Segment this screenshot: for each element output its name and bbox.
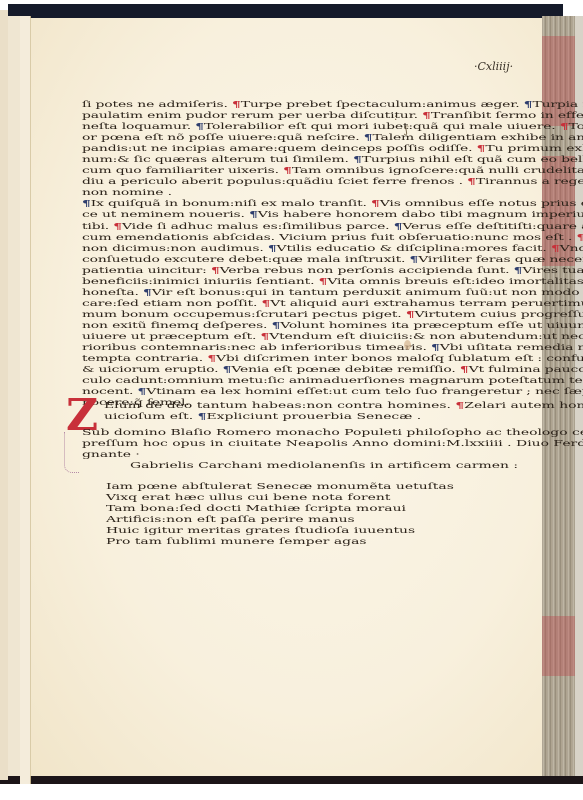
rubric-paragraph-mark: ¶	[410, 255, 419, 265]
text-line: ¶Ix quiſquã in bonum:niſi ex malo tranſi…	[82, 199, 506, 210]
text-line: cum quo familiariter uixeris. ¶Tam omnib…	[82, 166, 506, 177]
text-line: non exitũ finemq deſperes. ¶Volunt homin…	[82, 321, 506, 332]
rubric-paragraph-mark: ¶	[422, 111, 431, 121]
poem-line: Iam pœne abſtulerat Senecæ monumẽta uetu…	[106, 482, 454, 493]
rubric-paragraph-mark: ¶	[394, 222, 403, 232]
rubric-paragraph-mark: ¶	[467, 177, 476, 187]
rubric-paragraph-mark: ¶	[261, 299, 270, 309]
text-line: non dicimus:non audimus. ¶Vtilis educati…	[82, 244, 506, 255]
text-line: nocent. ¶Vtinam ea lex homini eſſet:ut c…	[82, 387, 506, 398]
rubric-paragraph-mark: ¶	[477, 144, 486, 154]
poem-line: Vixq erat hæc ullus cui bene nota forent	[106, 493, 454, 504]
text-line: ce ut neminem noueris. ¶Vis habere honor…	[82, 210, 506, 221]
text-line: or pœna eſt nõ poſſe uiuere:quã neſcire.…	[82, 133, 506, 144]
paper-stain	[404, 340, 411, 350]
text-line: ſi potes ne admiſeris. ¶Turpe prebet ſpe…	[82, 100, 506, 111]
rubric-paragraph-mark: ¶	[560, 122, 569, 132]
text-line: uicioſum eſt. ¶Expliciunt prouerbia Sene…	[104, 412, 421, 423]
rubric-paragraph-mark: ¶	[551, 244, 560, 254]
rubric-paragraph-mark: ¶	[364, 133, 373, 143]
text-line: paulatim enim pudor rerum per uerba diſc…	[82, 111, 506, 122]
text-line: culo cadunt:omnium metu:ſic animaduerſio…	[82, 376, 506, 387]
text-line: non nomine .	[82, 188, 506, 199]
rubric-paragraph-mark: ¶	[232, 100, 241, 110]
rubric-paragraph-mark: ¶	[143, 288, 152, 298]
rubric-paragraph-mark: ¶	[82, 199, 91, 209]
poem-line: Pro tam ſublimi munere ſemper agas	[106, 537, 454, 548]
initial-flourish-decoration	[64, 432, 79, 473]
folio-number: ·Cxliiij·	[474, 60, 513, 73]
rubric-paragraph-mark: ¶	[514, 266, 523, 276]
rubric-paragraph-mark: ¶	[268, 244, 277, 254]
rubric-paragraph-mark: ¶	[138, 387, 147, 397]
scan-bottom-margin	[0, 784, 583, 800]
text-line: tempta contraria. ¶Vbi diſcrimen inter b…	[82, 354, 506, 365]
poem-line: Tam bona:ſed docti Mathiæ ſcripta moraui	[106, 504, 454, 515]
rubric-paragraph-mark: ¶	[460, 365, 469, 375]
marginal-annotation-mark: ʃ	[405, 125, 408, 136]
colophon-line: preſſum hoc opus in ciuitate Neapolis An…	[82, 439, 583, 450]
poem-line: Artificis:non eſt paſſa perire manus	[106, 515, 454, 526]
red-edge-stain	[542, 616, 575, 676]
poem: Iam pœne abſtulerat Senecæ monumẽta uetu…	[106, 482, 321, 548]
rubric-paragraph-mark: ¶	[113, 222, 122, 232]
poem-line: Huic igitur meritas grates ſtudioſa iuue…	[106, 526, 454, 537]
text-line: diu a periculo aberit populus:quãdiu ſci…	[82, 177, 506, 188]
text-line: patientia uincitur: ¶Verba rebus non per…	[82, 266, 506, 277]
text-line: conſuetudo excutere debet:quæ mala inſtr…	[82, 255, 506, 266]
rubric-paragraph-mark: ¶	[211, 266, 220, 276]
rubric-paragraph-mark: ¶	[261, 332, 270, 342]
rubric-paragraph-mark: ¶	[272, 321, 281, 331]
text-line: cum emendationis abſcidas. Vicium prius …	[82, 233, 506, 244]
text-line: mum bonum occupemus:ſcrutari pectus pige…	[82, 310, 506, 321]
poem-heading: Gabrielis Carchani mediolanenſis in arti…	[130, 461, 518, 472]
text-line: uiuere ut præceptum eſt. ¶Vtendum eſt di…	[82, 332, 506, 343]
rubric-paragraph-mark: ¶	[406, 310, 415, 320]
rubric-paragraph-mark: ¶	[353, 155, 362, 165]
colophon-line: Sub domino Blaſio Romero monacho Populet…	[82, 428, 583, 439]
text-line: neſta loquamur. ¶Tolerabilior eſt qui mo…	[82, 122, 506, 133]
rubric-paragraph-mark: ¶	[198, 412, 207, 422]
text-line: honeſta. ¶Vir eſt bonus:qui in tantum pe…	[82, 288, 506, 299]
rubric-paragraph-mark: ¶	[431, 343, 440, 353]
marginal-annotation-mark: :	[394, 112, 397, 123]
rubric-paragraph-mark: ¶	[195, 122, 204, 132]
rubric-paragraph-mark: ¶	[223, 365, 232, 375]
rubric-paragraph-mark: ¶	[207, 354, 216, 364]
rubric-paragraph-mark: ¶	[283, 166, 292, 176]
text-line: num:& ſic quæras alterum tui ſimilem. ¶T…	[82, 155, 506, 166]
text-line: care:ſed etiam non poſſit. ¶Vt aliquid a…	[82, 299, 506, 310]
rubric-paragraph-mark: ¶	[249, 210, 258, 220]
rubric-paragraph-mark: ¶	[371, 199, 380, 209]
text-line: & uiciorum eruptio. ¶Venia eſt pœnæ debi…	[82, 365, 506, 376]
rubric-paragraph-mark: ¶	[577, 233, 583, 243]
text-line: Elum de deo tantum habeas:non contra hom…	[104, 401, 583, 412]
book-spine-edge	[0, 10, 8, 780]
rubric-paragraph-mark: ¶	[524, 100, 533, 110]
rubric-paragraph-mark: ¶	[455, 401, 464, 411]
colophon-line: gnante ·	[82, 450, 583, 461]
colophon: Sub domino Blaſio Romero monacho Populet…	[82, 428, 446, 461]
main-text-block: ſi potes ne admiſeris. ¶Turpe prebet ſpe…	[82, 100, 506, 409]
text-line: tibi. ¶Vide ſi adhuc malus es:ſimilibus …	[82, 222, 506, 233]
rubric-paragraph-mark: ¶	[319, 277, 328, 287]
text-line: rioribus contemnaris:nec ab inferioribus…	[82, 343, 506, 354]
text-line: pandis:ut ne incipias amare:quem deincep…	[82, 144, 506, 155]
text-line: beneficiis:inimici iniuriis ſentiant. ¶V…	[82, 277, 506, 288]
